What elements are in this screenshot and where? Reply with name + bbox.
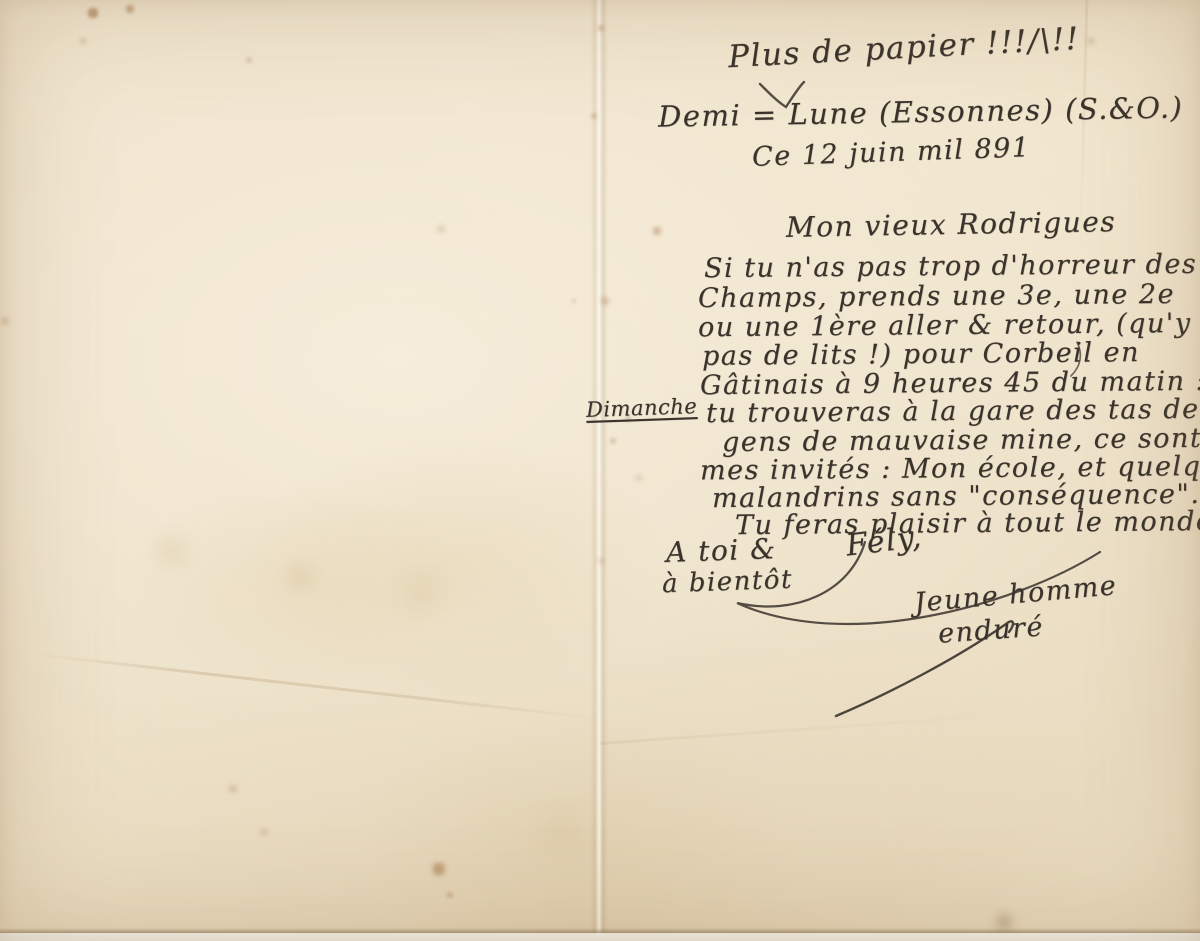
no-paper-note: Plus de papier !!!/\!! — [727, 24, 1080, 73]
closing-soon: à bientôt — [662, 567, 794, 598]
body-line: Tu feras plaisir à tout le monde. — [735, 508, 1200, 539]
margin-note-dimanche: Dimanche — [586, 396, 698, 421]
letter-page: Plus de papier !!!/\!! Demi = Lune (Esso… — [0, 0, 1200, 941]
diagonal-crease-left — [28, 652, 600, 720]
body-line: pas de lits !) pour Corbeil en — [702, 339, 1140, 370]
fold-crease — [590, 0, 608, 941]
body-line: Champs, prends une 3e, une 2e — [698, 281, 1175, 312]
scan-background-strip — [0, 933, 1200, 941]
foxing-spots — [0, 0, 2, 2]
place-line: Demi = Lune (Essonnes) (S.&O.) — [658, 93, 1184, 131]
body-line: Si tu n'as pas trop d'horreur des — [704, 251, 1197, 282]
date-line: Ce 12 juin mil 891 — [752, 134, 1031, 171]
body-line: tu trouveras à la gare des tas de — [706, 396, 1200, 427]
signature-line2: enduré — [937, 613, 1045, 647]
signature-line1: Jeune homme — [913, 572, 1118, 617]
closing-name-fely: Fély, — [844, 522, 924, 561]
salutation: Mon vieux Rodrigues — [786, 208, 1117, 242]
closing-to: A toi & — [666, 535, 777, 567]
diagonal-crease-right — [600, 713, 1019, 745]
